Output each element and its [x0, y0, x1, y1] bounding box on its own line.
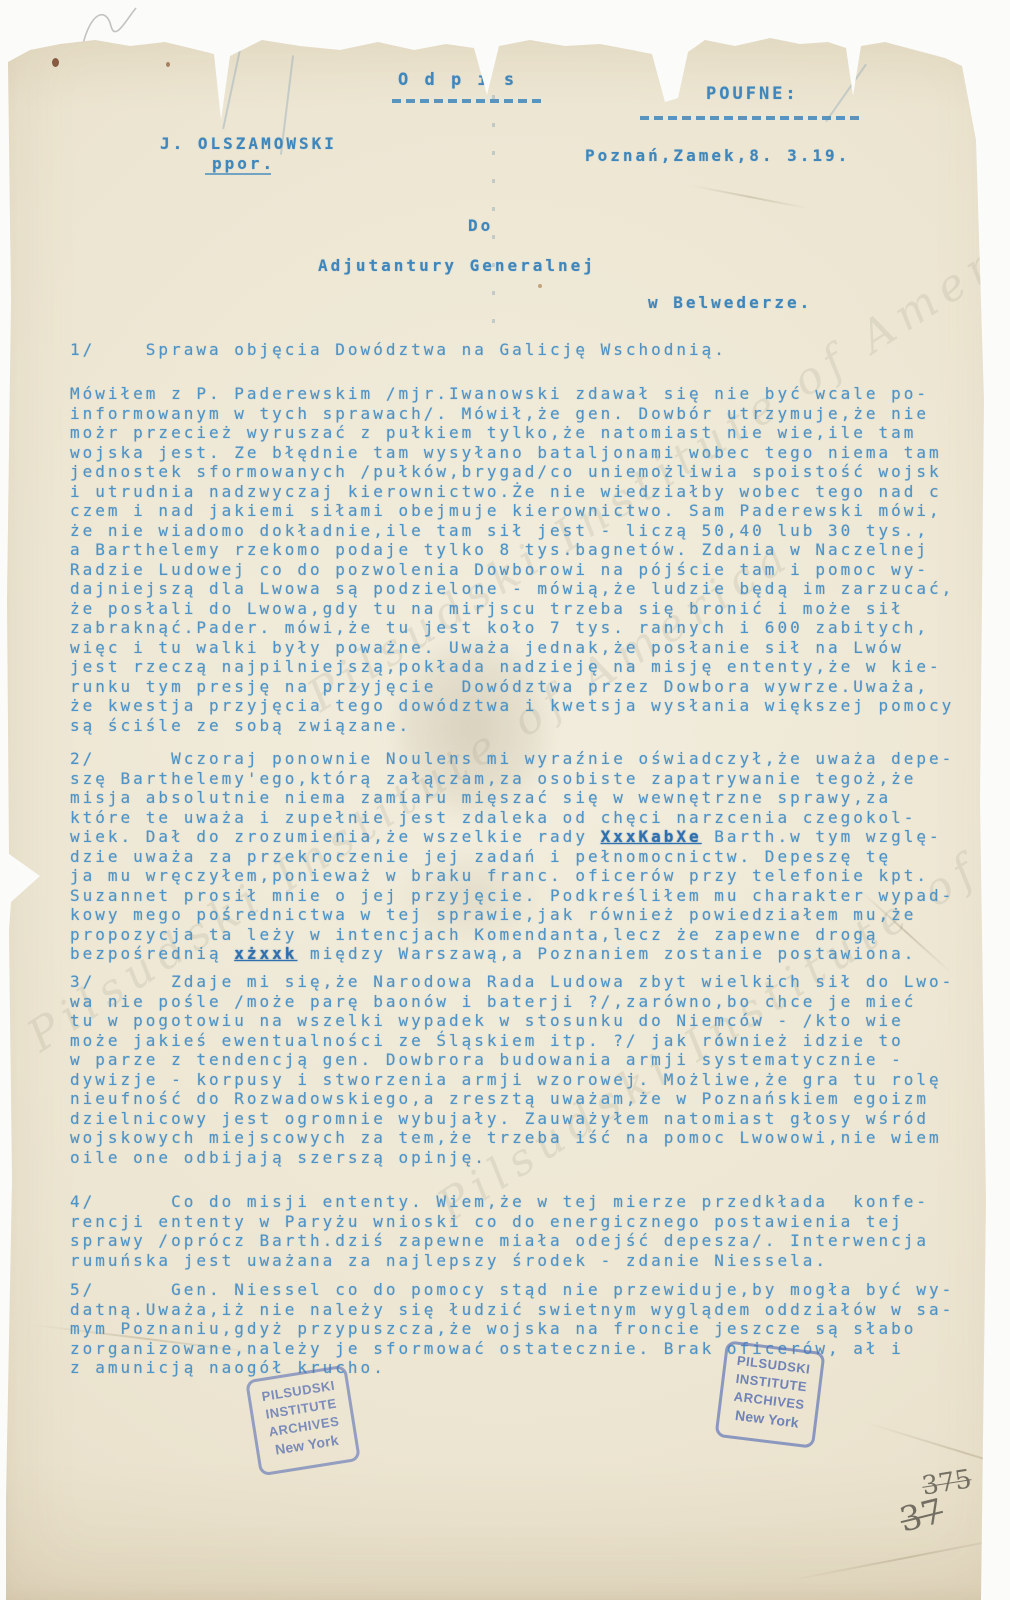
addressee-place: w Belwederze. — [648, 293, 812, 312]
typewritten-line: wa nie pośle /może parę baonów i baterji… — [70, 992, 954, 1012]
copy-label-underline — [392, 99, 544, 103]
typewritten-line: szę Barthelemy'ego,którą załączam,za oso… — [70, 769, 954, 789]
ink-spot — [52, 58, 59, 67]
typewritten-line: które te uważa i zupełnie jest zdaleka o… — [70, 808, 954, 828]
typewritten-line: może jakieś ewentualności ze Śląskiem it… — [70, 1031, 954, 1051]
line-text: bezpośrednią — [70, 944, 234, 963]
typewritten-line: Mówiłem z P. Paderewskim /mjr.Iwanowski … — [70, 384, 954, 404]
line-text: między Warszawą,a Poznaniem zostanie pos… — [297, 944, 916, 963]
typewritten-line: dzielnicowy jest ogromnie wybujały. Zauw… — [70, 1109, 954, 1129]
ink-spot — [538, 284, 542, 288]
scanned-letter-page: Pilsudski Institute of America Pilsudski… — [0, 0, 1010, 1600]
copy-label: O d p i s — [398, 70, 517, 90]
typewritten-line: więc i tu walki były poważne. Uważa jedn… — [70, 638, 954, 658]
typewritten-line: wojskowych miejscowych za tem,że trzeba … — [70, 1128, 954, 1148]
typewritten-line: nieufność do Rozwadowskiego,a zresztą uw… — [70, 1089, 954, 1109]
typewritten-line: Radzie Ludowej co do pozwolenia Dowborow… — [70, 560, 954, 580]
typewritten-line: runku tym presję na przyjęcie Dowództwa … — [70, 677, 954, 697]
typewritten-line: w parze z tendencją gen. Dowbrora budowa… — [70, 1050, 954, 1070]
typewritten-line: wojska jest. Ze błędnie tam wysyłano bat… — [70, 443, 954, 463]
author-name: J. OLSZAMOWSKI — [160, 134, 337, 153]
typewritten-line: 1/ Sprawa objęcia Dowództwa na Galicję W… — [70, 340, 727, 360]
paragraph-4: 4/ Co do misji ententy. Wiem,że w tej mi… — [70, 1192, 929, 1270]
typewritten-line: kowy mego pośrednictwa w tej sprawie,jak… — [70, 905, 954, 925]
typewritten-line: wiek. Dał do zrozumienia,że wszelkie rad… — [70, 827, 954, 847]
typewritten-line: bezpośrednią xżxxk między Warszawą,a Poz… — [70, 944, 954, 964]
typewritten-line: misja absolutnie niema zamiaru mięszać s… — [70, 788, 954, 808]
typewritten-line: 4/ Co do misji ententy. Wiem,że w tej mi… — [70, 1192, 929, 1212]
typewritten-line: rencji ententy w Paryżu wnioski co do en… — [70, 1212, 929, 1232]
typewritten-line: rumuńska jest uważana za najlepszy środe… — [70, 1251, 929, 1271]
typewritten-line: dajniejszą dla Lwowa są podzielone - mów… — [70, 579, 954, 599]
section-heading: 1/ Sprawa objęcia Dowództwa na Galicję W… — [70, 340, 727, 360]
typewritten-line: że posłali do Lwowa,gdy tu na mirjscu tr… — [70, 599, 954, 619]
typewritten-line: informowanym w tych sprawach/. Mówił,że … — [70, 404, 954, 424]
typewritten-line: 3/ Zdaje mi się,że Narodowa Rada Ludowa … — [70, 972, 954, 992]
typewritten-line: dywizje - korpusy i stworzenia armji wzo… — [70, 1070, 954, 1090]
paragraph-3: 3/ Zdaje mi się,że Narodowa Rada Ludowa … — [70, 972, 954, 1167]
typewritten-line: Suzannet prosił mnie o jej przyjęcie. Po… — [70, 886, 954, 906]
fold-dotted-line — [492, 95, 495, 330]
typewritten-line: czem i nad jakiemi siłami obejmuje kiero… — [70, 501, 954, 521]
typewritten-line: propozycja ta leży w intencjach Komendan… — [70, 925, 954, 945]
archive-stamp: PILSUDSKI INSTITUTE ARCHIVES New York — [245, 1365, 361, 1477]
typewritten-line: jednostek sformowanych /pułków,brygad/co… — [70, 462, 954, 482]
typewritten-line: oile one odbijają szerszą opinję. — [70, 1148, 954, 1168]
paragraph-2: 2/ Wczoraj ponownie Noulens mi wyraźnie … — [70, 749, 954, 964]
paragraph-1: Mówiłem z P. Paderewskim /mjr.Iwanowski … — [70, 384, 954, 735]
typewritten-line: są ściśle ze sobą związane. — [70, 716, 954, 736]
ink-spot — [166, 62, 170, 67]
typewritten-line: możr przecież wyruszać z pułkiem tylko,ż… — [70, 423, 954, 443]
overstruck-word: XxxKabXe — [601, 827, 702, 846]
archive-stamp: PILSUDSKI INSTITUTE ARCHIVES New York — [714, 1340, 825, 1448]
addressee-office: Adjutantury Generalnej — [318, 256, 596, 275]
typewritten-line: 5/ Gen. Niessel co do pomocy stąd nie pr… — [70, 1280, 954, 1300]
confidential-label: POUFNE: — [706, 84, 799, 104]
typewritten-line: jest rzeczą najpilniejszą,pokłada nadzie… — [70, 657, 954, 677]
rank-underline — [205, 173, 271, 175]
typewritten-line: datną.Uważa,iż nie należy się łudzić swi… — [70, 1300, 954, 1320]
place-date: Poznań,Zamek,8. 3.19. — [585, 146, 850, 165]
typewritten-line: sprawy /oprócz Barth.dziś zapewne miała … — [70, 1231, 929, 1251]
confidential-underline — [640, 116, 864, 120]
addressee-do: Do — [468, 216, 493, 235]
typewritten-line: mym Poznaniu,gdyż przypuszcza,że wojska … — [70, 1319, 954, 1339]
overstruck-word: xżxxk — [234, 944, 297, 963]
typewritten-line: dzie uważa za przekroczenie jej zadań i … — [70, 847, 954, 867]
typewritten-line: zabraknąć.Pader. mówi,że tu jest koło 7 … — [70, 618, 954, 638]
line-text: Barth.w tym wzglę- — [702, 827, 942, 846]
typewritten-line: że kwestja przyjęcia tego dowództwa i kw… — [70, 696, 954, 716]
author-rank: ppor. — [212, 154, 275, 173]
typewritten-line: ja mu wręczyłem,ponieważ w braku franc. … — [70, 866, 954, 886]
typewritten-line: że nie wiadomo dokładnie,ile tam sił jes… — [70, 521, 954, 541]
typewritten-line: 2/ Wczoraj ponownie Noulens mi wyraźnie … — [70, 749, 954, 769]
typewritten-line: i utrudnia nadzwyczaj kierownictwo.Że ni… — [70, 482, 954, 502]
paper-sheet: Pilsudski Institute of America Pilsudski… — [0, 0, 1010, 1600]
typewritten-line: a Barthelemy rzekomo podaje tylko 8 tys.… — [70, 540, 954, 560]
typewritten-line: tu w pogotowiu na wszelki wypadek w stos… — [70, 1011, 954, 1031]
line-text: wiek. Dał do zrozumienia,że wszelkie rad… — [70, 827, 601, 846]
